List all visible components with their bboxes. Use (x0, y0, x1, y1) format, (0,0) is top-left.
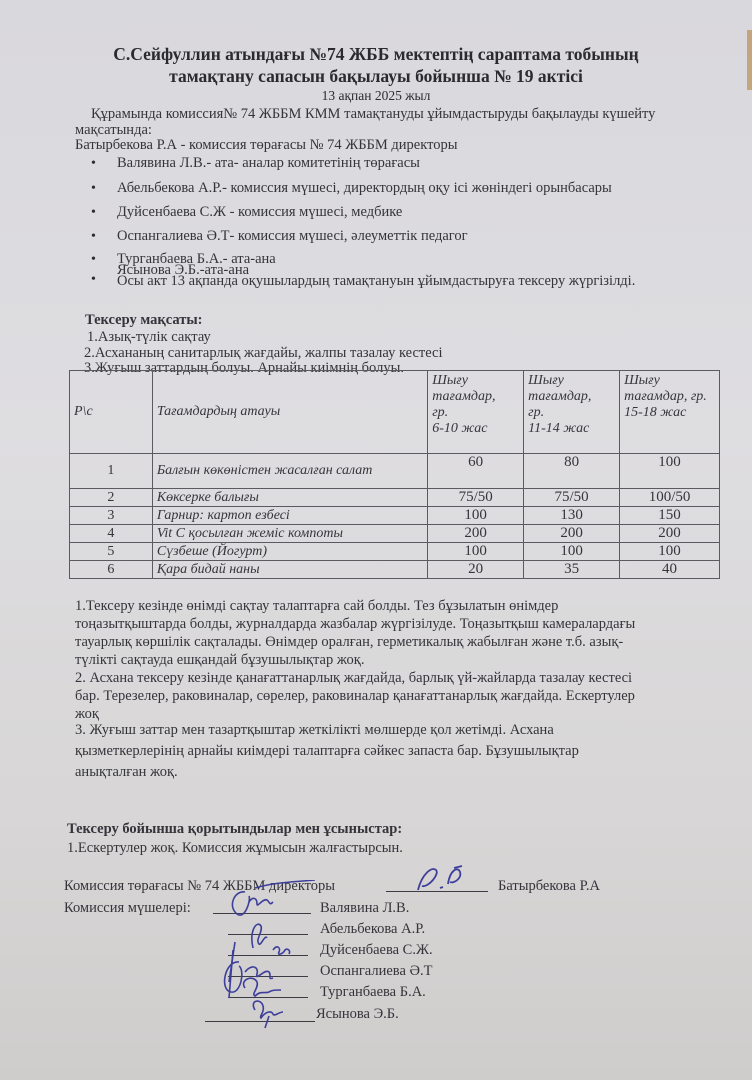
member-name: Оспангалиева Ә.Т (320, 963, 432, 980)
chair-line: Батырбекова Р.А - комиссия төрағасы № 74… (75, 137, 457, 154)
member-name: Дуйсенбаева С.Ж. (320, 942, 433, 959)
header-dish-name: Тағамдардың атауы (152, 371, 427, 454)
goals-heading: Тексеру мақсаты: (85, 312, 203, 329)
conclusions-heading: Тексеру бойынша қорытындылар мен ұсыныст… (67, 821, 402, 838)
conclusions-text: 1.Ескертулер жоқ. Комиссия жұмысын жалға… (67, 840, 403, 857)
member-item: Валявина Л.В.- ата- аналар комитетінің т… (117, 155, 420, 172)
member-name: Ясынова Э.Б. (316, 1006, 399, 1023)
header-num: Р\с (70, 371, 153, 454)
document-title-line-1: С.Сейфуллин атындағы №74 ЖББ мектептің с… (0, 43, 752, 65)
chair-name: Батырбекова Р.А (498, 878, 600, 895)
member-name: Валявина Л.В. (320, 900, 409, 917)
act-statement: Осы акт 13 ақпанда оқушылардың тамақтану… (117, 273, 635, 290)
members-signature-label: Комиссия мүшелері: (64, 900, 191, 917)
table-row: 4 Vit C қосылған жеміс компоты 200 200 2… (70, 525, 720, 543)
act-document: С.Сейфуллин атындағы №74 ЖББ мектептің с… (0, 0, 752, 1080)
member-name: Абельбекова А.Р. (320, 921, 425, 938)
table-row: 1 Балғын көкөністен жасалған салат 60 80… (70, 454, 720, 489)
portion-table: Р\с Тағамдардың атауы Шығутағамдар, гр.6… (69, 370, 720, 579)
table-row: 6 Қара бидай наны 20 35 40 (70, 561, 720, 579)
table-row: 3 Гарнир: картоп езбесі 100 130 150 (70, 507, 720, 525)
member-item: Оспангалиева Ә.Т- комиссия мүшесі, әлеум… (117, 228, 468, 245)
bullet-icon: • (91, 229, 96, 245)
header-age-6-10: Шығутағамдар, гр.6-10 жас (428, 371, 524, 454)
table-header-row: Р\с Тағамдардың атауы Шығутағамдар, гр.6… (70, 371, 720, 454)
bullet-icon: • (91, 156, 96, 172)
document-date: 13 ақпан 2025 жыл (0, 88, 752, 104)
member-name: Турганбаева Б.А. (320, 984, 426, 1001)
header-age-15-18: Шығутағамдар, гр. 15-18 жас (620, 371, 720, 454)
intro-line-1: Құрамында комиссия№ 74 ЖББМ КММ тамақтан… (91, 106, 655, 123)
document-title-line-2: тамақтану сапасын бақылауы бойынша № 19 … (0, 65, 752, 87)
member-item: Дуйсенбаева С.Ж - комиссия мүшесі, медби… (117, 204, 402, 221)
bullet-icon: • (91, 205, 96, 221)
bullet-icon: • (91, 252, 96, 268)
chair-signature (410, 864, 470, 896)
table-row: 2 Көксерке балығы 75/50 75/50 100/50 (70, 489, 720, 507)
table-row: 5 Сүзбеше (Йогурт) 100 100 100 (70, 543, 720, 561)
bullet-icon: • (91, 272, 96, 288)
bullet-icon: • (91, 181, 96, 197)
member-signatures (205, 880, 315, 1030)
goal-item: 1.Азық-түлік сақтау (87, 329, 211, 346)
member-item: Абельбекова А.Р.- комиссия мүшесі, дирек… (117, 180, 612, 197)
header-age-11-14: Шығутағамдар, гр.11-14 жас (524, 371, 620, 454)
